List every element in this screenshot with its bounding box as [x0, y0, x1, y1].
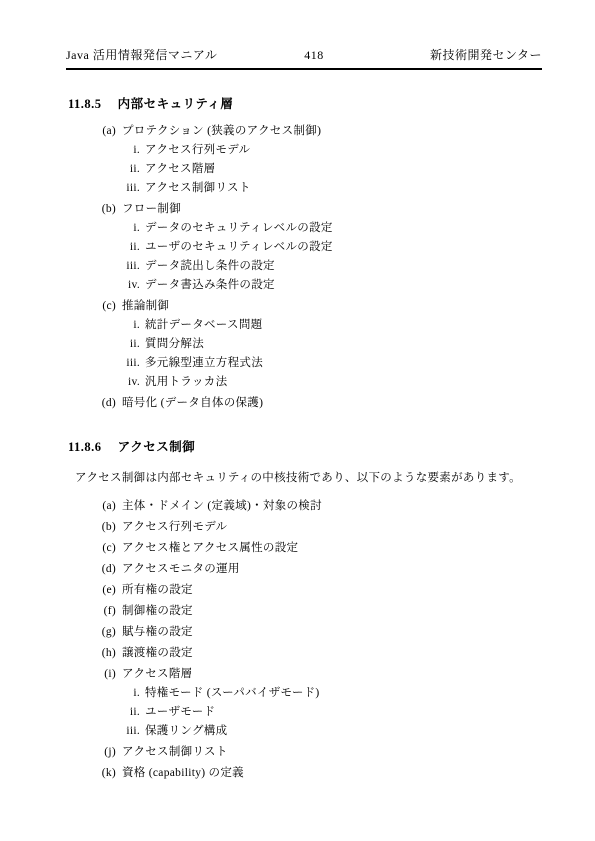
item-text: データ書込み条件の設定 — [145, 276, 275, 295]
list-item: (a) 主体・ドメイン (定義域)・対象の検討 — [66, 497, 540, 516]
item-label: (b) — [66, 200, 116, 219]
sub-list-item: i. アクセス行列モデル — [66, 141, 540, 160]
item-label: (a) — [66, 122, 116, 141]
item-text: 賦与権の設定 — [122, 623, 193, 642]
item-label: (b) — [66, 518, 116, 537]
list-item: (b) フロー制御 — [66, 200, 540, 219]
list-item: (d) 暗号化 (データ自体の保護) — [66, 394, 540, 413]
sub-list-item: i. 統計データベース問題 — [66, 316, 540, 335]
list-item: (j) アクセス制御リスト — [66, 743, 540, 762]
section-title: アクセス制御 — [118, 440, 196, 454]
header-page-number: 418 — [284, 48, 344, 63]
item-label: (e) — [66, 581, 116, 600]
item-label: i. — [66, 684, 140, 703]
list-item: (f) 制御権の設定 — [66, 602, 540, 621]
item-text: アクセス行列モデル — [145, 141, 250, 160]
item-label: (d) — [66, 394, 116, 413]
item-label: ii. — [66, 703, 140, 722]
item-label: ii. — [66, 335, 140, 354]
item-text: 譲渡権の設定 — [122, 644, 193, 663]
item-text: アクセス行列モデル — [122, 518, 227, 537]
item-label: ii. — [66, 160, 140, 179]
item-label: (k) — [66, 764, 116, 783]
item-text: 暗号化 (データ自体の保護) — [122, 394, 263, 413]
sub-list-item: iii. 多元線型連立方程式法 — [66, 354, 540, 373]
section-heading: 11.8.6アクセス制御 — [68, 437, 540, 455]
item-text: 制御権の設定 — [122, 602, 193, 621]
item-label: (c) — [66, 297, 116, 316]
item-text: ユーザモード — [145, 703, 215, 722]
item-text: データ読出し条件の設定 — [145, 257, 275, 276]
item-label: (f) — [66, 602, 116, 621]
item-text: 質問分解法 — [145, 335, 204, 354]
list-item: (b) アクセス行列モデル — [66, 518, 540, 537]
item-text: プロテクション (狭義のアクセス制御) — [122, 122, 321, 141]
item-text: 統計データベース問題 — [145, 316, 262, 335]
item-text: アクセスモニタの運用 — [122, 560, 240, 579]
item-label: iii. — [66, 179, 140, 198]
item-label: iv. — [66, 373, 140, 392]
list-item: (e) 所有権の設定 — [66, 581, 540, 600]
section-title: 内部セキュリティ層 — [118, 97, 234, 111]
item-label: iii. — [66, 722, 140, 741]
list-item: (g) 賦与権の設定 — [66, 623, 540, 642]
ordered-list: (a) 主体・ドメイン (定義域)・対象の検討 (b) アクセス行列モデル (c… — [66, 497, 540, 783]
sub-list-item: ii. アクセス階層 — [66, 160, 540, 179]
item-label: (h) — [66, 644, 116, 663]
list-item: (i) アクセス階層 — [66, 665, 540, 684]
sub-list-item: i. 特権モード (スーパバイザモード) — [66, 684, 540, 703]
item-label: (d) — [66, 560, 116, 579]
header-left-title: Java 活用情報発信マニアル — [66, 46, 246, 63]
item-label: ii. — [66, 238, 140, 257]
item-text: アクセス制御リスト — [122, 743, 228, 762]
section-heading: 11.8.5内部セキュリティ層 — [68, 94, 540, 112]
item-text: アクセス階層 — [145, 160, 215, 179]
item-text: アクセス権とアクセス属性の設定 — [122, 539, 298, 558]
item-label: (j) — [66, 743, 116, 762]
item-text: 主体・ドメイン (定義域)・対象の検討 — [122, 497, 322, 516]
header-right-title: 新技術開発センター — [382, 46, 542, 63]
item-text: 資格 (capability) の定義 — [122, 764, 244, 783]
item-label: i. — [66, 219, 140, 238]
item-label: iii. — [66, 257, 140, 276]
section-number: 11.8.6 — [68, 440, 102, 454]
sub-list-item: iii. 保護リング構成 — [66, 722, 540, 741]
item-text: 推論制御 — [122, 297, 169, 316]
item-text: 保護リング構成 — [145, 722, 227, 741]
item-text: フロー制御 — [122, 200, 181, 219]
item-label: iv. — [66, 276, 140, 295]
item-label: iii. — [66, 354, 140, 373]
page-header: Java 活用情報発信マニアル 418 新技術開発センター — [66, 46, 542, 70]
item-text: データのセキュリティレベルの設定 — [145, 219, 333, 238]
item-text: 汎用トラッカ法 — [145, 373, 227, 392]
item-text: アクセス制御リスト — [145, 179, 251, 198]
intro-paragraph: アクセス制御は内部セキュリティの中核技術であり、以下のような要素があります。 — [75, 469, 540, 487]
ordered-list: (a) プロテクション (狭義のアクセス制御) i. アクセス行列モデル ii.… — [66, 122, 540, 413]
item-text: アクセス階層 — [122, 665, 192, 684]
sub-list-item: ii. 質問分解法 — [66, 335, 540, 354]
list-item: (c) 推論制御 — [66, 297, 540, 316]
item-text: 所有権の設定 — [122, 581, 193, 600]
list-item: (k) 資格 (capability) の定義 — [66, 764, 540, 783]
list-item: (d) アクセスモニタの運用 — [66, 560, 540, 579]
item-label: (g) — [66, 623, 116, 642]
sub-list-item: iv. 汎用トラッカ法 — [66, 373, 540, 392]
item-label: (i) — [66, 665, 116, 684]
item-label: (c) — [66, 539, 116, 558]
sub-list-item: ii. ユーザのセキュリティレベルの設定 — [66, 238, 540, 257]
sub-list-item: i. データのセキュリティレベルの設定 — [66, 219, 540, 238]
list-item: (c) アクセス権とアクセス属性の設定 — [66, 539, 540, 558]
item-text: 多元線型連立方程式法 — [145, 354, 263, 373]
sub-list-item: iv. データ書込み条件の設定 — [66, 276, 540, 295]
item-label: (a) — [66, 497, 116, 516]
list-item: (h) 譲渡権の設定 — [66, 644, 540, 663]
sub-list-item: iii. データ読出し条件の設定 — [66, 257, 540, 276]
item-label: i. — [66, 316, 140, 335]
item-text: ユーザのセキュリティレベルの設定 — [145, 238, 333, 257]
sub-list-item: iii. アクセス制御リスト — [66, 179, 540, 198]
item-text: 特権モード (スーパバイザモード) — [145, 684, 320, 703]
document-page: Java 活用情報発信マニアル 418 新技術開発センター 11.8.5内部セキ… — [0, 0, 595, 841]
list-item: (a) プロテクション (狭義のアクセス制御) — [66, 122, 540, 141]
item-label: i. — [66, 141, 140, 160]
sub-list-item: ii. ユーザモード — [66, 703, 540, 722]
section-number: 11.8.5 — [68, 97, 102, 111]
